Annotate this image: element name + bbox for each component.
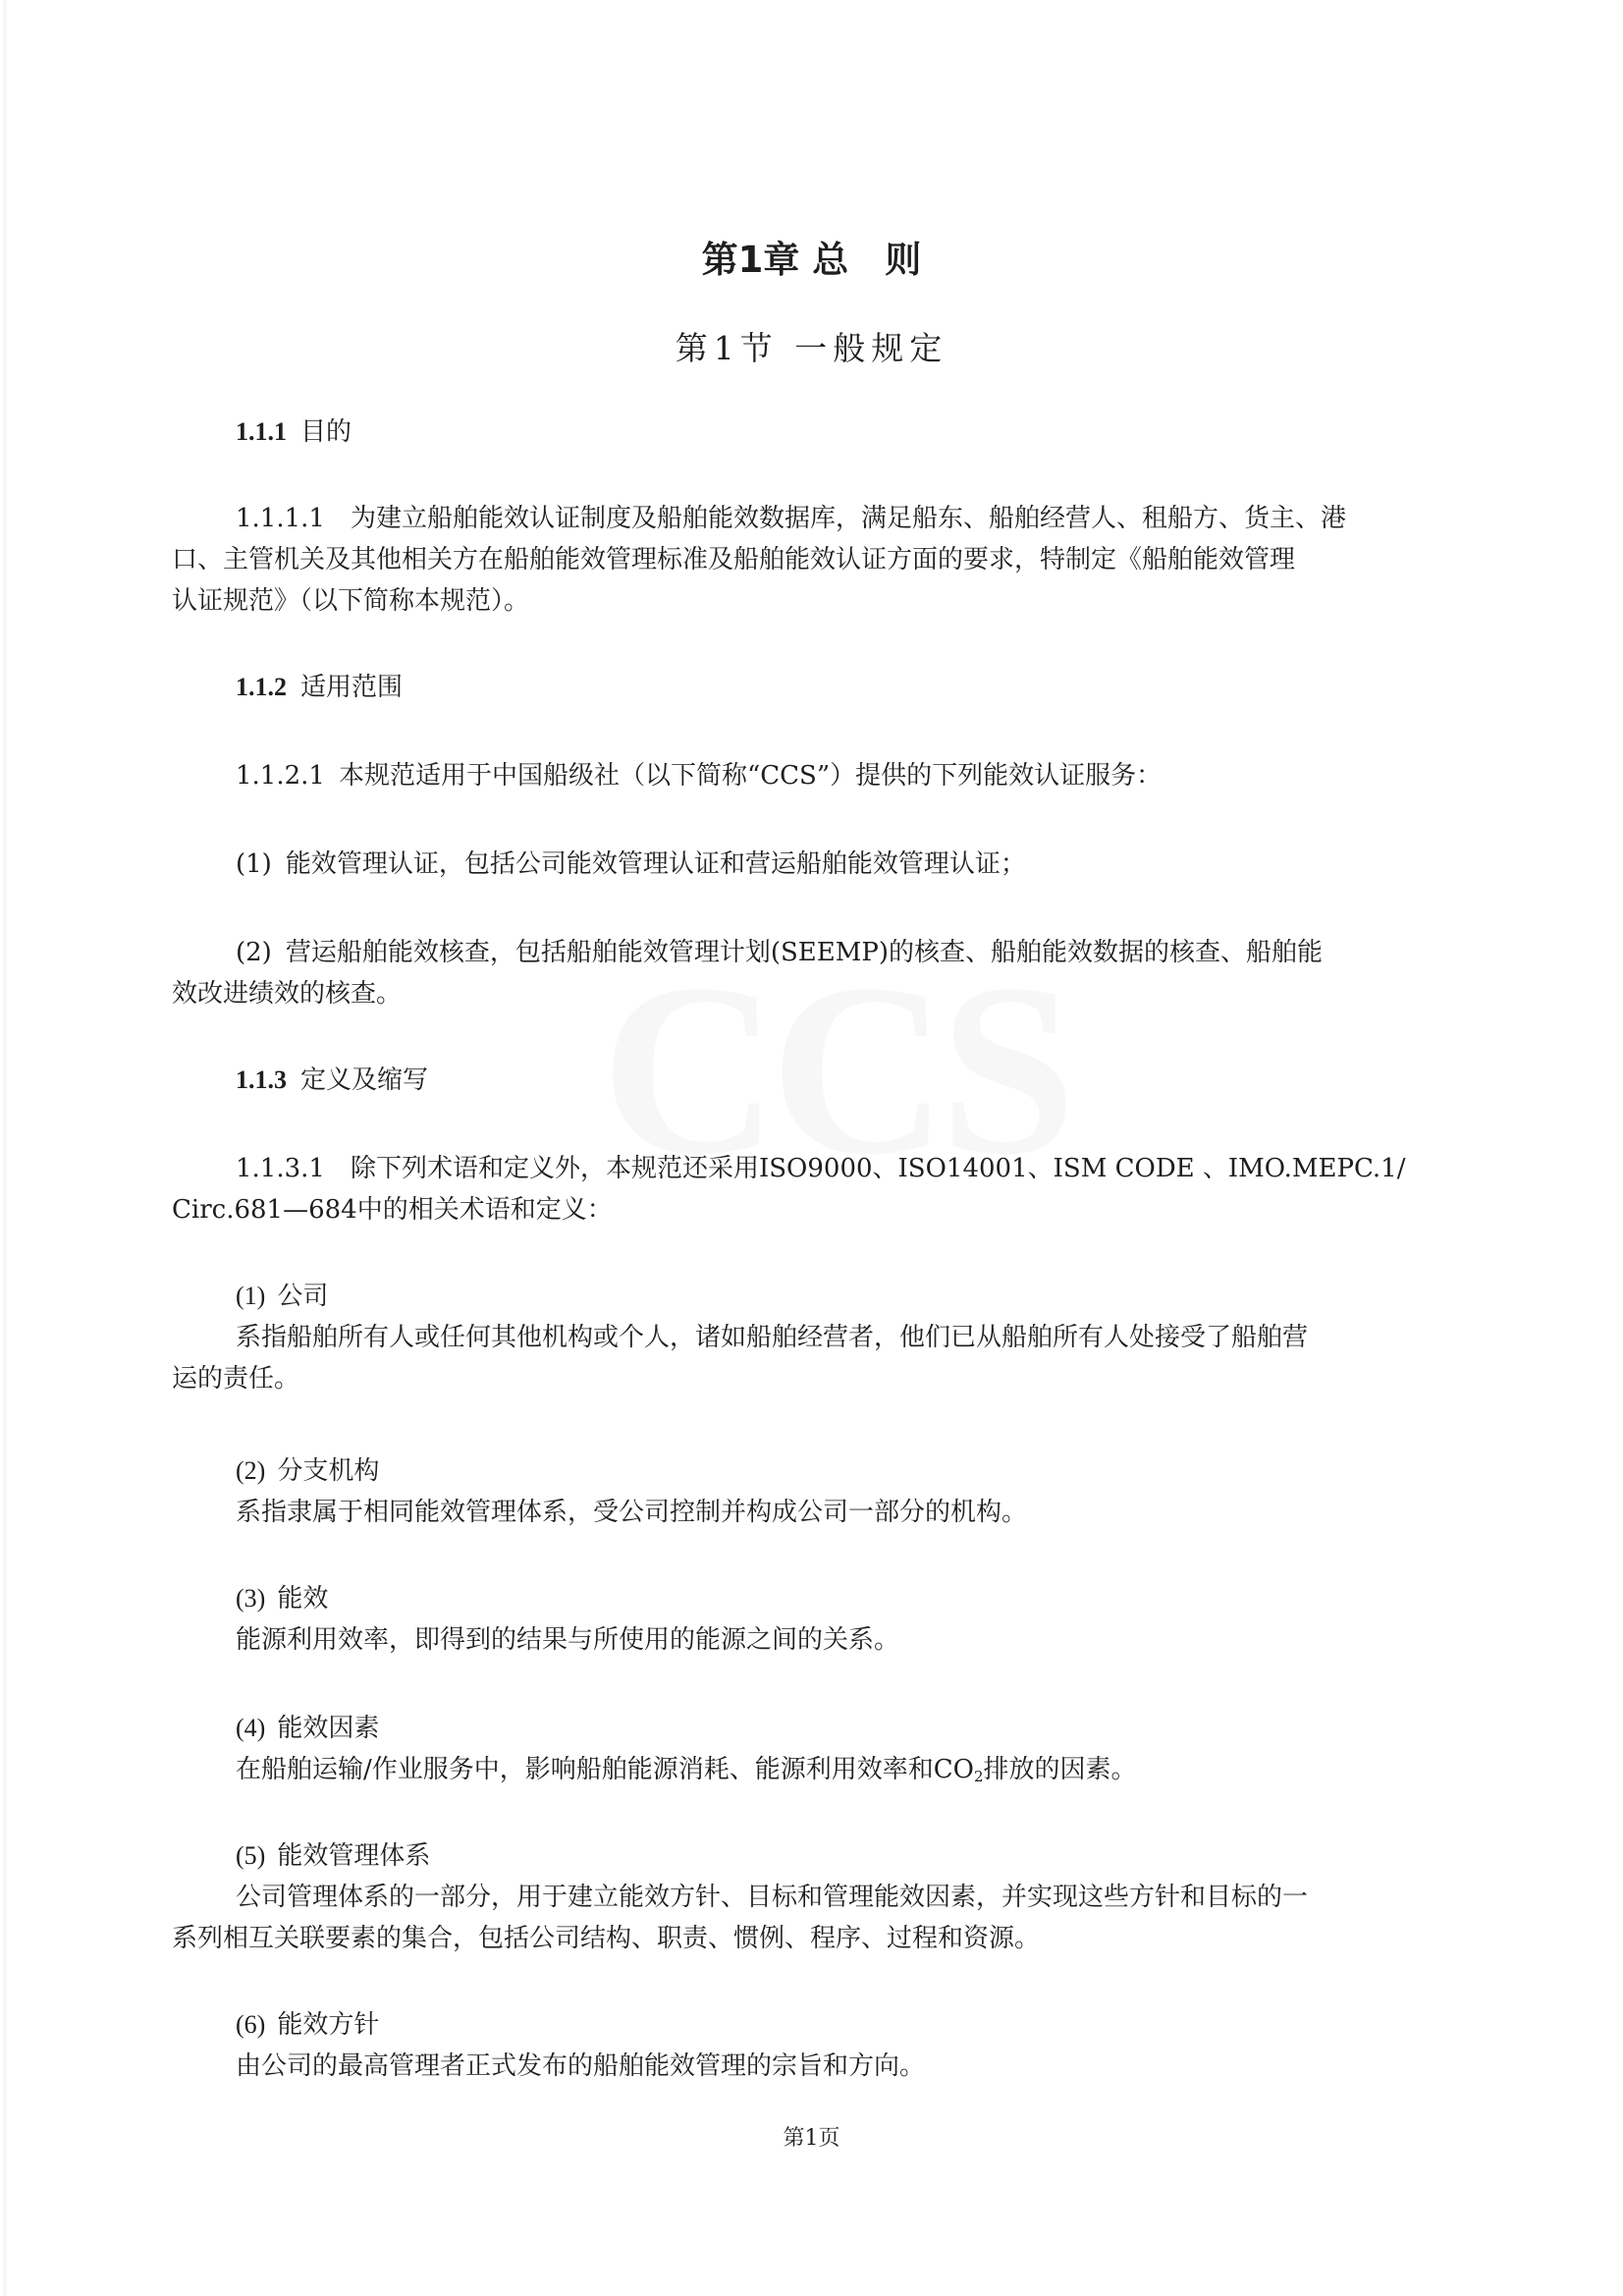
clause-1-1-1-1-line-1: 1.1.1.1为建立船舶能效认证制度及船舶能效数据库，满足船东、船舶经营人、租船…	[236, 503, 1346, 534]
term-4-text-part-2: 排放的因素。	[984, 1755, 1137, 1784]
section-heading-text: 适用范围	[300, 673, 403, 702]
term-title: 能效	[277, 1584, 328, 1613]
term-heading-4: (4)能效因素	[236, 1713, 379, 1744]
clause-number: 1.1.3.1	[236, 1154, 325, 1183]
term-number: (4)	[236, 1714, 265, 1742]
chapter-title: 第1章 总 则	[0, 239, 1623, 282]
item-number: (2)	[236, 938, 272, 967]
co2-subscript: 2	[974, 1768, 984, 1785]
clause-text: 除下列术语和定义外，本规范还采用ISO9000、ISO14001、ISM COD…	[351, 1154, 1406, 1183]
scope-item-2-line-2: 效改进绩效的核查。	[172, 978, 402, 1010]
term-4-text-part-1: 在船舶运输/作业服务中，影响船舶能源消耗、能源利用效率和CO	[236, 1755, 974, 1784]
clause-number: 1.1.1.1	[236, 504, 325, 533]
term-3-definition: 能源利用效率，即得到的结果与所使用的能源之间的关系。	[236, 1624, 899, 1656]
term-number: (3)	[236, 1584, 265, 1613]
term-title: 分支机构	[277, 1456, 379, 1486]
term-6-definition: 由公司的最高管理者正式发布的船舶能效管理的宗旨和方向。	[236, 2050, 925, 2082]
term-1-definition-line-1: 系指船舶所有人或任何其他机构或个人，诸如船舶经营者，他们已从船舶所有人处接受了船…	[236, 1322, 1308, 1353]
section-heading-1-1-3: 1.1.3定义及缩写	[236, 1065, 428, 1096]
clause-1-1-1-1-line-3: 认证规范》（以下简称本规范）。	[172, 585, 529, 617]
term-heading-3: (3)能效	[236, 1583, 328, 1614]
clause-1-1-1-1-line-2: 口、主管机关及其他相关方在船舶能效管理标准及船舶能效认证方面的要求，特制定《船舶…	[172, 544, 1295, 575]
item-text: 营运船舶能效核查，包括船舶能效管理计划(SEEMP)的核查、船舶能效数据的核查、…	[286, 938, 1323, 967]
term-title: 能效因素	[277, 1714, 379, 1743]
term-number: (5)	[236, 1841, 265, 1870]
clause-text: 本规范适用于中国船级社（以下简称“CCS”）提供的下列能效认证服务：	[339, 761, 1162, 791]
section-heading-text: 定义及缩写	[300, 1066, 428, 1095]
term-heading-6: (6)能效方针	[236, 2009, 379, 2041]
item-text: 能效管理认证，包括公司能效管理认证和营运船舶能效管理认证；	[286, 849, 1026, 879]
clause-1-1-2-1: 1.1.2.1本规范适用于中国船级社（以下简称“CCS”）提供的下列能效认证服务…	[236, 760, 1162, 792]
section-heading-text: 目的	[300, 417, 352, 447]
section-number: 1.1.2	[236, 673, 287, 701]
clause-1-1-3-1-line-1: 1.1.3.1除下列术语和定义外，本规范还采用ISO9000、ISO14001、…	[236, 1153, 1406, 1184]
scope-item-1: (1)能效管理认证，包括公司能效管理认证和营运船舶能效管理认证；	[236, 848, 1026, 880]
term-title: 公司	[277, 1282, 328, 1311]
clause-number: 1.1.2.1	[236, 761, 325, 791]
term-number: (6)	[236, 2010, 265, 2039]
section-title: 第1节 一般规定	[0, 329, 1623, 368]
term-5-definition-line-2: 系列相互关联要素的集合，包括公司结构、职责、惯例、程序、过程和资源。	[172, 1923, 1040, 1954]
term-1-definition-line-2: 运的责任。	[172, 1363, 299, 1394]
item-number: (1)	[236, 849, 272, 879]
term-title: 能效方针	[277, 2010, 379, 2040]
clause-1-1-3-1-line-2: Circ.681—684中的相关术语和定义：	[172, 1194, 613, 1226]
section-heading-1-1-1: 1.1.1目的	[236, 416, 352, 448]
term-4-definition: 在船舶运输/作业服务中，影响船舶能源消耗、能源利用效率和CO2排放的因素。	[236, 1754, 1137, 1785]
section-number: 1.1.3	[236, 1066, 287, 1094]
term-number: (2)	[236, 1456, 265, 1485]
term-2-definition: 系指隶属于相同能效管理体系，受公司控制并构成公司一部分的机构。	[236, 1497, 1027, 1528]
clause-text: 为建立船舶能效认证制度及船舶能效数据库，满足船东、船舶经营人、租船方、货主、港	[351, 504, 1346, 533]
term-heading-2: (2)分支机构	[236, 1455, 379, 1487]
page-number: 第1页	[0, 2125, 1623, 2153]
section-heading-1-1-2: 1.1.2适用范围	[236, 672, 403, 703]
scope-item-2-line-1: (2)营运船舶能效核查，包括船舶能效管理计划(SEEMP)的核查、船舶能效数据的…	[236, 937, 1323, 968]
term-heading-5: (5)能效管理体系	[236, 1840, 430, 1872]
term-title: 能效管理体系	[277, 1841, 430, 1871]
section-number: 1.1.1	[236, 417, 287, 446]
term-5-definition-line-1: 公司管理体系的一部分，用于建立能效方针、目标和管理能效因素，并实现这些方针和目标…	[236, 1882, 1308, 1913]
term-heading-1: (1)公司	[236, 1281, 328, 1312]
term-number: (1)	[236, 1282, 265, 1310]
